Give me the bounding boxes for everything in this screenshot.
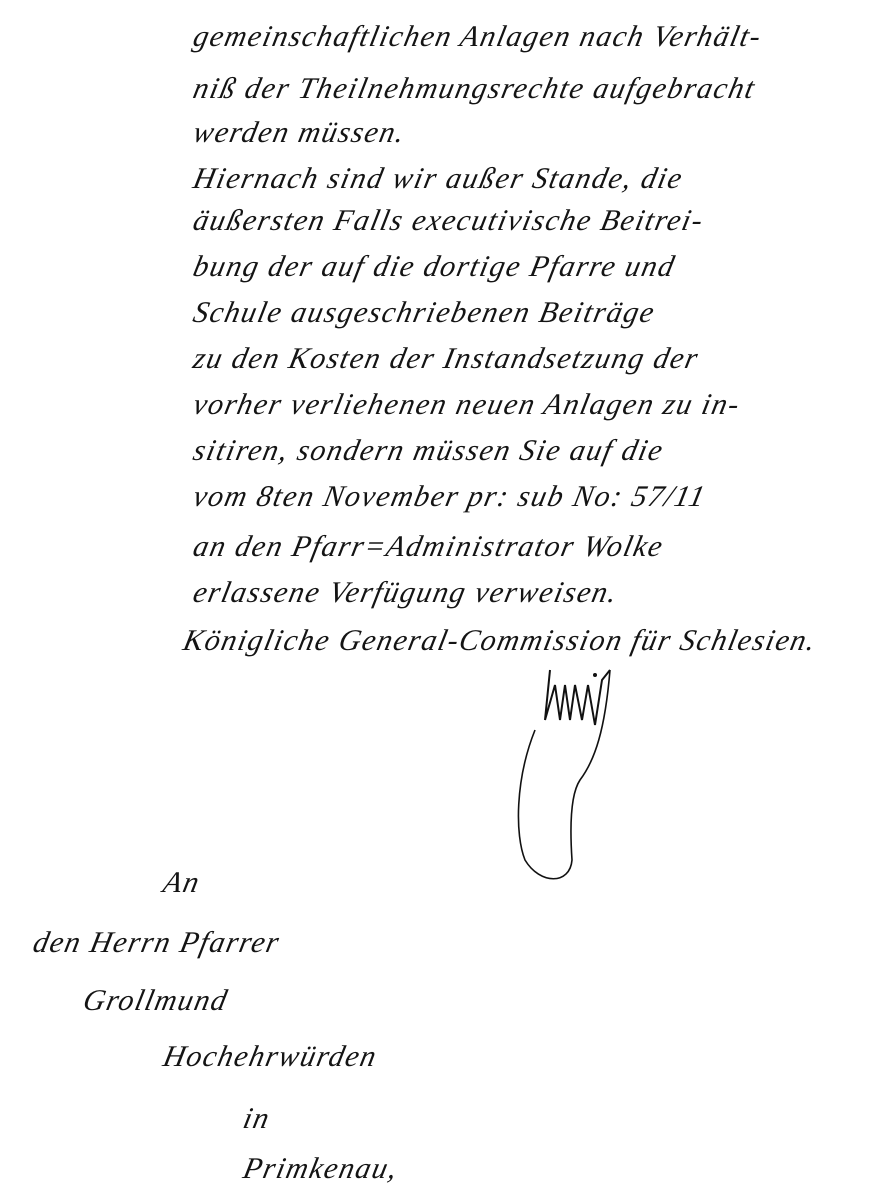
body-line-4: Hiernach sind wir außer Stande, die xyxy=(190,162,686,196)
body-line-8: zu den Kosten der Instandsetzung der xyxy=(190,342,702,376)
address-line-6: Primkenau, xyxy=(240,1152,401,1186)
body-line-1: gemeinschaftlichen Anlagen nach Verhält- xyxy=(190,20,765,54)
address-line-3: Grollmund xyxy=(80,984,231,1018)
address-line-2: den Herrn Pfarrer xyxy=(30,926,283,960)
signature-flourish-icon xyxy=(510,660,640,890)
address-line-1: An xyxy=(160,866,204,900)
body-line-2: niß der Theilnehmungsrechte aufgebracht xyxy=(190,72,759,106)
body-line-10: sitiren, sondern müssen Sie auf die xyxy=(190,434,667,468)
body-line-6: bung der auf die dortige Pfarre und xyxy=(190,250,679,284)
body-line-13: erlassene Verfügung verweisen. xyxy=(190,576,621,610)
body-line-5: äußersten Falls executivische Beitrei- xyxy=(190,204,707,238)
body-line-9: vorher verliehenen neuen Anlagen zu in- xyxy=(190,388,744,422)
sender-line: Königliche General-Commission für Schles… xyxy=(180,624,820,658)
body-line-12: an den Pfarr=Administrator Wolke xyxy=(190,530,667,564)
address-line-4: Hochehrwürden xyxy=(160,1040,381,1074)
body-line-11: vom 8ten November pr: sub No: 57/11 xyxy=(190,480,709,514)
body-line-3: werden müssen. xyxy=(190,116,409,150)
manuscript-page: gemeinschaftlichen Anlagen nach Verhält-… xyxy=(0,0,896,1200)
address-line-5: in xyxy=(240,1102,274,1136)
body-line-7: Schule ausgeschriebenen Beiträge xyxy=(190,296,658,330)
